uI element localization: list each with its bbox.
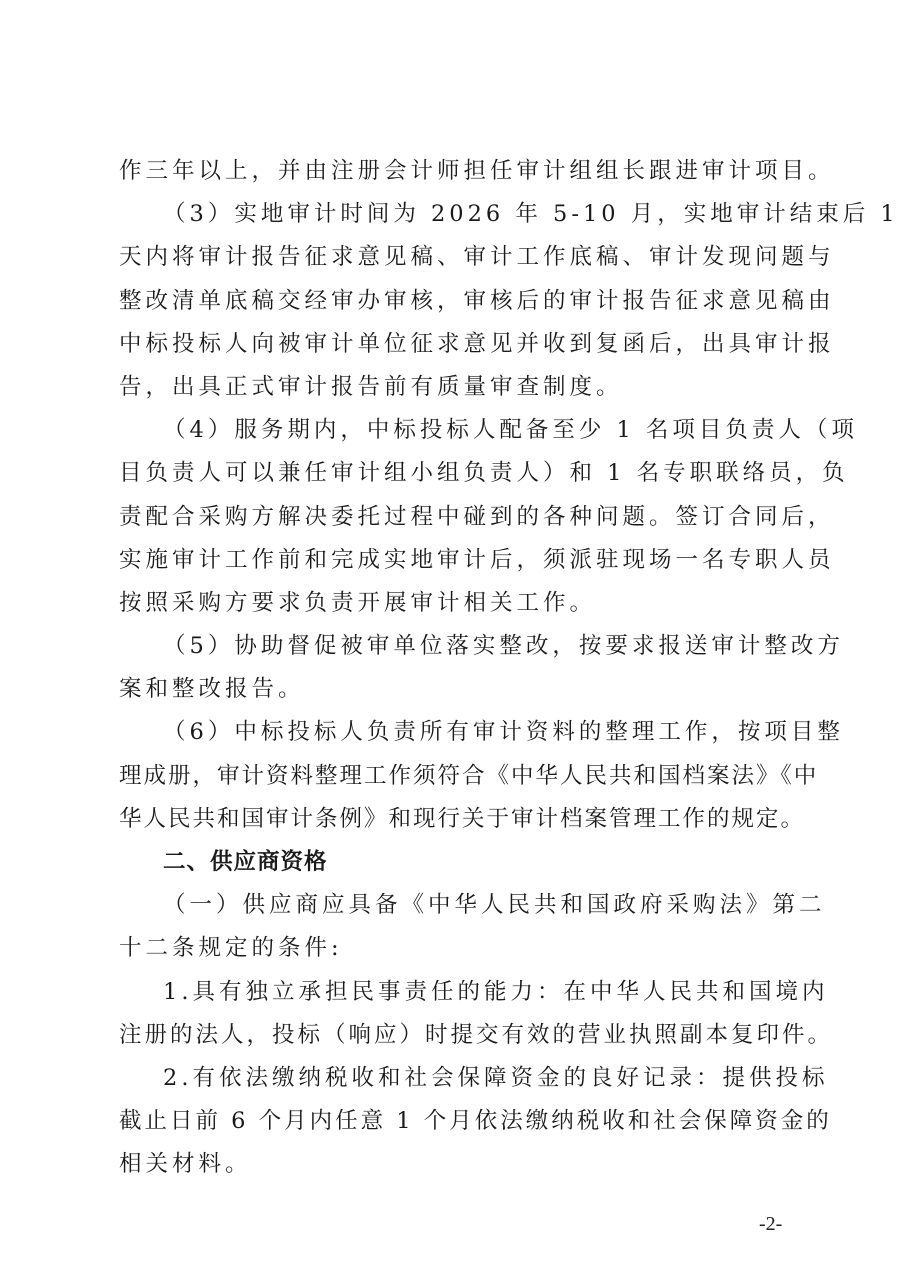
paragraph-qualification-1: （一）供应商应具备《中华人民共和国政府采购法》第二	[119, 884, 781, 927]
text-line: 案和整改报告。	[119, 668, 781, 711]
section-heading: 二、供应商资格	[119, 841, 781, 884]
paragraph-item-5: （5）协助督促被审单位落实整改，按要求报送审计整改方	[119, 625, 781, 668]
text-line: 十二条规定的条件:	[119, 927, 781, 970]
text-line: 目负责人可以兼任审计组小组负责人）和 1 名专职联络员，负	[119, 452, 781, 495]
text-line: 责配合采购方解决委托过程中碰到的各种问题。签订合同后，	[119, 496, 781, 539]
text-line: 注册的法人，投标（响应）时提交有效的营业执照副本复印件。	[119, 1014, 781, 1057]
text-line: 理成册，审计资料整理工作须符合《中华人民共和国档案法》《中	[119, 755, 781, 798]
paragraph-requirement-1: 1.具有独立承担民事责任的能力：在中华人民共和国境内	[119, 971, 781, 1014]
paragraph-requirement-2: 2.有依法缴纳税收和社会保障资金的良好记录：提供投标	[119, 1057, 781, 1100]
text-line: 整改清单底稿交经审办审核，审核后的审计报告征求意见稿由	[119, 280, 781, 323]
text-line: 相关材料。	[119, 1143, 781, 1186]
text-line: 截止日前 6 个月内任意 1 个月依法缴纳税收和社会保障资金的	[119, 1100, 781, 1143]
text-line: 中标投标人向被审计单位征求意见并收到复函后，出具审计报	[119, 323, 781, 366]
paragraph-item-4: （4）服务期内，中标投标人配备至少 1 名项目负责人（项	[119, 409, 781, 452]
text-line: 作三年以上，并由注册会计师担任审计组组长跟进审计项目。	[119, 150, 781, 193]
page-body: 作三年以上，并由注册会计师担任审计组组长跟进审计项目。 （3）实地审计时间为 2…	[119, 150, 781, 1187]
paragraph-item-6: （6）中标投标人负责所有审计资料的整理工作，按项目整	[119, 711, 781, 754]
text-line: 天内将审计报告征求意见稿、审计工作底稿、审计发现问题与	[119, 236, 781, 279]
text-line: 华人民共和国审计条例》和现行关于审计档案管理工作的规定。	[119, 798, 781, 841]
document-page: 作三年以上，并由注册会计师担任审计组组长跟进审计项目。 （3）实地审计时间为 2…	[0, 0, 900, 1272]
text-line: 按照采购方要求负责开展审计相关工作。	[119, 582, 781, 625]
text-line: 告，出具正式审计报告前有质量审查制度。	[119, 366, 781, 409]
text-line: 实施审计工作前和完成实地审计后，须派驻现场一名专职人员	[119, 539, 781, 582]
page-number: -2-	[759, 1213, 782, 1236]
paragraph-item-3: （3）实地审计时间为 2026 年 5-10 月，实地审计结束后 15	[119, 193, 781, 236]
